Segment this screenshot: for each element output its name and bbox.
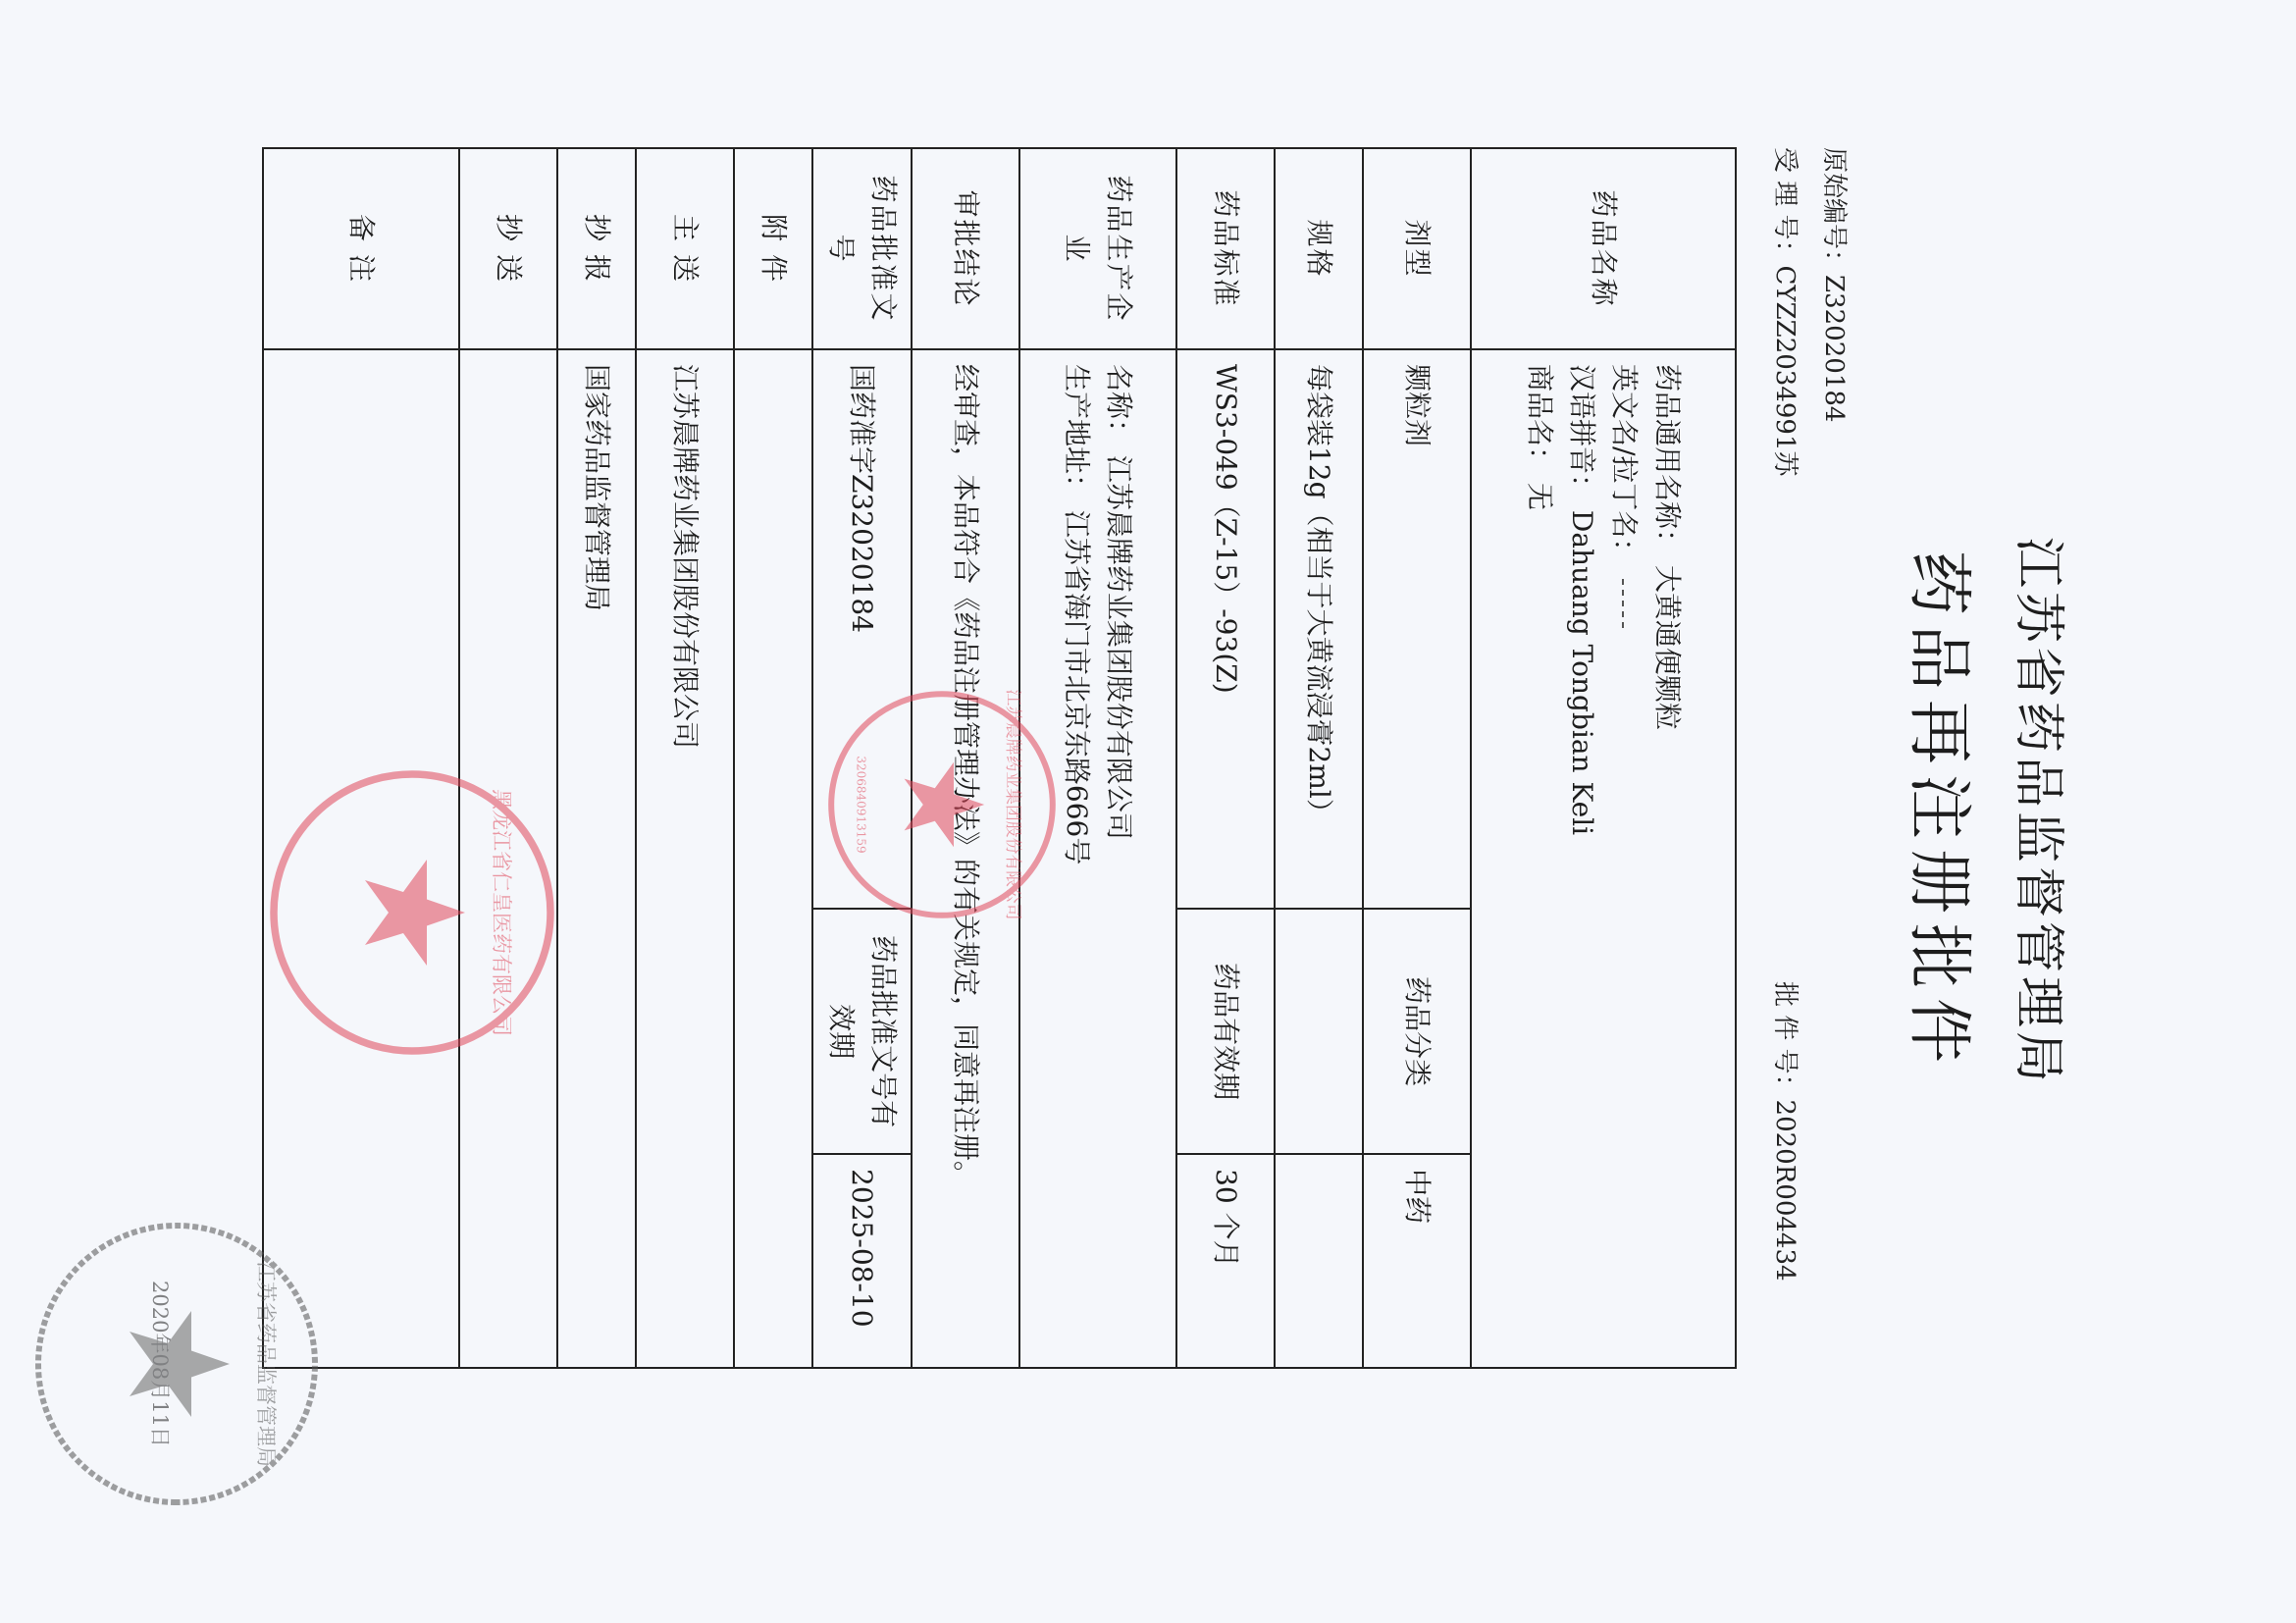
seal-star-icon: 黑龙江省仁皇医药有限公司: [265, 765, 559, 1060]
original-number: 原始编号：Z32020184: [1818, 147, 1854, 422]
svg-text:3206840913159: 3206840913159: [855, 756, 868, 853]
seal-star-icon: 江苏省药品监督管理局 2020年08月11日: [29, 1207, 324, 1521]
rotated-document-page: 江苏省药品监督管理局 药品再注册批件 原始编号：Z32020184 受 理 号：…: [0, 0, 2296, 1623]
issuer-name: 江苏省药品监督管理局: [2007, 0, 2080, 1623]
document-title: 药品再注册批件: [1899, 0, 1992, 1623]
row-copy-report: 抄 报 国家药品监督管理局: [557, 148, 636, 1368]
pharmacy-seal: 黑龙江省仁皇医药有限公司: [265, 765, 559, 1060]
company-seal: 江苏晨牌药业集团股份有限公司 3206840913159: [824, 687, 1060, 922]
svg-text:2020年08月11日: 2020年08月11日: [148, 1281, 172, 1447]
dash-mark: [1622, 579, 1624, 628]
acceptance-number: 受 理 号：CYZZ2034991苏: [1769, 147, 1805, 477]
row-specification: 规格 每袋装12g（相当于大黄流浸膏2ml）: [1275, 148, 1363, 1368]
row-standard: 药品标准 WS3-049（Z-15）-93(Z) 药品有效期 30 个月: [1176, 148, 1275, 1368]
label-drug-name: 药品名称: [1471, 148, 1736, 349]
drug-name-values: 药品通用名称： 大黄通便颗粒 英文名/拉丁名： 汉语拼音： Dahuang To…: [1471, 349, 1736, 1368]
row-drug-name: 药品名称 药品通用名称： 大黄通便颗粒 英文名/拉丁名： 汉语拼音： Dahua…: [1471, 148, 1736, 1368]
row-main-recipient: 主 送 江苏晨牌药业集团股份有限公司: [636, 148, 734, 1368]
row-copy-send: 抄 送: [459, 148, 557, 1368]
row-attachment: 附 件: [734, 148, 812, 1368]
row-dosage-form: 剂型 颗粒剂 药品分类 中药: [1363, 148, 1471, 1368]
row-remarks: 备 注: [263, 148, 459, 1368]
approval-doc-number: 批 件 号：2020R004434: [1769, 981, 1805, 1282]
seal-star-icon: 江苏晨牌药业集团股份有限公司 3206840913159: [824, 687, 1060, 922]
svg-text:黑龙江省仁皇医药有限公司: 黑龙江省仁皇医药有限公司: [490, 789, 513, 1036]
issuer-seal: 江苏省药品监督管理局 2020年08月11日: [29, 1207, 324, 1521]
svg-text:江苏晨牌药业集团股份有限公司: 江苏晨牌药业集团股份有限公司: [1004, 689, 1023, 919]
svg-text:江苏省药品监督管理局: 江苏省药品监督管理局: [254, 1261, 278, 1467]
